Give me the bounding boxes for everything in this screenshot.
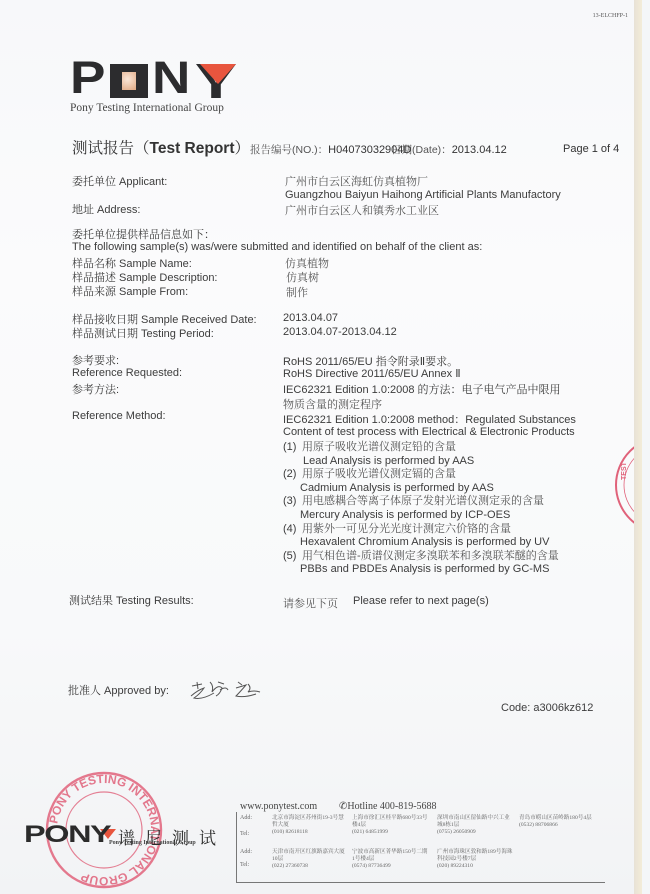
approved-by-label: 批准人 Approved by:	[68, 682, 169, 698]
office-address: 深圳市南山区留仙路中兴工业城8栋1层(0755) 26050909	[437, 815, 513, 835]
sample-from-label: 样品来源 Sample From:	[72, 283, 188, 299]
footer-logo-subtitle: Pony Testing International Group	[109, 840, 196, 846]
add-label-2: Add:	[240, 849, 252, 855]
sample-from-value: 制作	[286, 284, 308, 300]
method-item: (4) 用紫外一可见分光光度计测定六价铬的含量Hexavalent Chromi…	[283, 523, 559, 550]
reference-method-label-zh: 参考方法:	[72, 381, 119, 397]
reference-method-zh-2: 物质含量的测定程序	[283, 396, 382, 412]
office-address: 上海市徐汇区桂平路680号33号楼4层(021) 64851999	[352, 815, 428, 835]
address-value: 广州市白云区人和镇秀水工业区	[285, 202, 439, 218]
logo-letter-o	[110, 64, 148, 98]
signature	[188, 676, 268, 702]
partial-stamp: TEST	[604, 440, 634, 530]
logo-triangle-icon	[200, 64, 236, 84]
approval-code: Code: a3006kz612	[501, 702, 593, 714]
tel-label-1: Tel:	[240, 831, 249, 837]
report-date: 日期(Date)：2013.04.12	[391, 142, 507, 157]
address-label: 地址 Address:	[72, 201, 140, 217]
footer-website-link[interactable]: www.ponytest.com	[240, 801, 317, 812]
logo-letter-p: P	[70, 58, 112, 98]
add-label-1: Add:	[240, 815, 252, 821]
reference-method-zh-1: IEC62321 Edition 1.0:2008 的方法：电子电气产品中限用	[283, 381, 561, 397]
reference-requested-label-zh: 参考要求:	[72, 352, 119, 368]
footer-hotline: ✆Hotline 400-819-5688	[339, 801, 437, 812]
office-address: 天津市南开区红旗路嘉宾大厦10层(022) 27360738	[272, 849, 348, 869]
method-list: (1) 用原子吸收光谱仪测定铅的含量Lead Analysis is perfo…	[283, 441, 559, 577]
reference-method-en-2: Content of test process with Electrical …	[283, 426, 575, 438]
testing-period-label: 样品测试日期 Testing Period:	[72, 325, 214, 341]
reference-requested-en: RoHS Directive 2011/65/EU Annex Ⅱ	[283, 367, 461, 380]
logo-letter-y	[196, 64, 236, 98]
page-edge	[634, 0, 642, 894]
svg-text:TEST: TEST	[621, 461, 628, 480]
method-item: (5) 用气相色谱-质谱仪测定多溴联苯和多溴联苯醚的含量PBBs and PBD…	[283, 550, 559, 577]
testing-period-value: 2013.04.07-2013.04.12	[283, 326, 397, 338]
method-item: (3) 用电感耦合等离子体原子发射光谱仪测定汞的含量Mercury Analys…	[283, 495, 559, 522]
tel-label-2: Tel:	[240, 862, 249, 868]
sample-desc-value: 仿真树	[286, 269, 319, 285]
report-title: 测试报告（Test Report）	[72, 136, 250, 158]
reference-requested-label-en: Reference Requested:	[72, 367, 182, 379]
office-address: 北京市海淀区苏州街19-3号慧哲大厦(010) 82618118	[272, 815, 348, 835]
testing-results-zh: 请参见下页	[283, 595, 338, 611]
method-item: (1) 用原子吸收光谱仪测定铅的含量Lead Analysis is perfo…	[283, 441, 559, 468]
reference-method-en-1: IEC62321 Edition 1.0:2008 method：Regulat…	[283, 411, 576, 427]
applicant-name-zh: 广州市白云区海虹仿真植物厂	[285, 173, 428, 189]
pony-logo: P N Pony Testing International Group	[70, 58, 236, 114]
page-indicator: Page 1 of 4	[563, 143, 619, 155]
logo-letter-n: N	[152, 58, 202, 98]
office-address: 青岛市崂山区苗岭路180号4层(0532) 88706866	[519, 815, 595, 829]
applicant-label: 委托单位 Applicant:	[72, 173, 167, 189]
report-number: 报告编号(NO.)：H04073032904D	[250, 142, 411, 157]
logo-subtitle: Pony Testing International Group	[70, 102, 236, 114]
office-address: 广州市海珠区敦和路189号海珠科技园2号楼7层(020) 89224310	[437, 849, 513, 869]
document-code: 13-ELCHFP-1	[593, 13, 628, 19]
testing-results-label: 测试结果 Testing Results:	[69, 592, 194, 608]
sample-intro-zh: 委托单位提供样品信息如下：	[72, 226, 215, 242]
testing-results-en: Please refer to next page(s)	[353, 595, 489, 607]
applicant-name-en: Guangzhou Baiyun Haihong Artificial Plan…	[285, 189, 561, 201]
received-date-value: 2013.04.07	[283, 312, 338, 324]
office-address: 宁波市高新区菁华路150号二期1号楼4层(0574) 87736499	[352, 849, 428, 869]
reference-method-label-en: Reference Method:	[72, 410, 166, 422]
document-page: 13-ELCHFP-1 P N Pony Testing Internation…	[0, 0, 642, 894]
method-item: (2) 用原子吸收光谱仪测定镉的含量Cadmium Analysis is pe…	[283, 468, 559, 495]
sample-intro-en: The following sample(s) was/were submitt…	[72, 241, 482, 253]
